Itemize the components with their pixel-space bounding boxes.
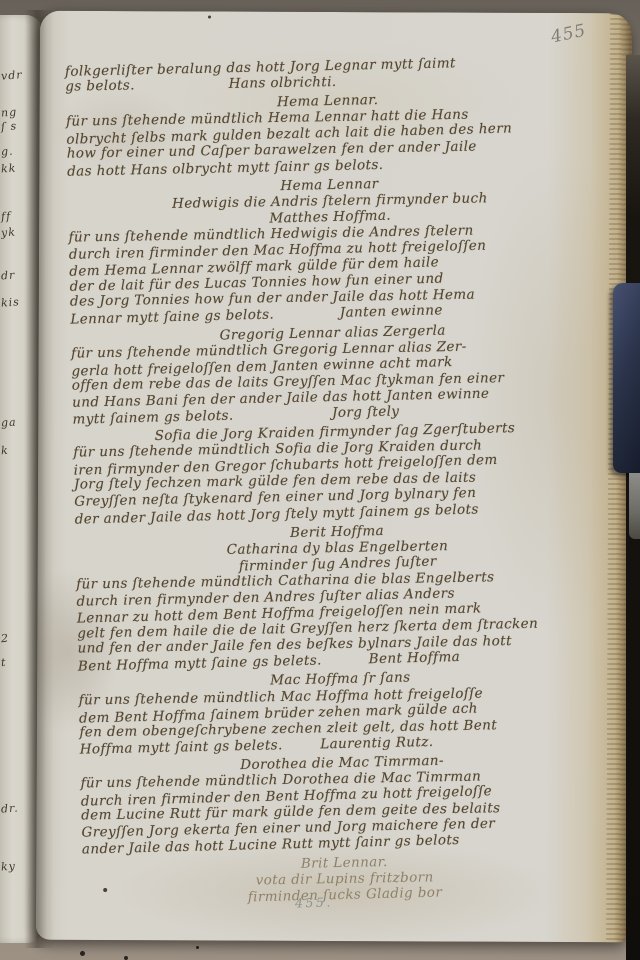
manuscript-entry: Berit HoffmaCatharina dy blas Engelberte… (75, 518, 602, 674)
manuscript-photo: vdrngſ sg.kkffykdrkisgak2tdr.ky folkgerl… (0, 0, 640, 960)
left-page-ink-fragment: ſ s (1, 120, 18, 132)
left-page-ink-fragment: k (1, 445, 9, 457)
left-page-ink-fragment: ng (1, 106, 18, 118)
left-page-ink-fragment: t (1, 657, 7, 668)
left-page-ink-fragment: g. (1, 146, 14, 158)
manuscript-entry: Mac Hoffma ſr ſansfür uns ſtehende mündt… (78, 666, 604, 758)
manuscript-entry: Brit Lennar.vota dir Lupins fritzbornfir… (82, 849, 607, 909)
table-speck (196, 946, 199, 949)
ink-speck (208, 15, 211, 18)
left-page-ink-fragment: kk (1, 162, 17, 174)
left-page-ink-fragment: 2 (1, 633, 10, 645)
manuscript-page: folkgerliſter beralung das hott Jorg Leg… (36, 11, 632, 943)
left-page-ink-fragment: vdr (1, 69, 23, 81)
gutter-shadow (24, 10, 54, 948)
table-speck (80, 951, 85, 956)
left-page-ink-fragment: ky (1, 860, 17, 872)
left-page-ink-fragment: dr (1, 270, 16, 282)
left-page-ink-fragment: ff (1, 211, 12, 223)
navy-bookmark (613, 283, 640, 473)
manuscript-entry: Dorothea die Mac Timrman-für uns ſtehend… (80, 749, 606, 857)
manuscript-entry: Hema LennarHedwigis die Andris ſtelern f… (67, 171, 594, 327)
page-edge-highlight (629, 473, 640, 539)
manuscript-text: folkgerliſter beralung das hott Jorg Leg… (65, 52, 607, 911)
manuscript-entry: Sofia die Jorg Kraiden firmynder ſag Zge… (73, 418, 599, 526)
folio-number-bottom: 455. (295, 894, 333, 910)
manuscript-entry: Hema Lennar.für uns ſtehende mündtlich H… (66, 88, 592, 180)
left-page-ink-fragment: dr. (1, 802, 19, 814)
left-page-ink-fragment: ga (1, 416, 17, 428)
manuscript-entry: Gregorig Lennar alias Zergerlafür uns ſt… (71, 319, 597, 427)
table-speck (124, 956, 128, 960)
ink-speck (103, 888, 107, 892)
left-page-ink-fragment: kis (1, 296, 21, 308)
left-page-ink-fragment: yk (1, 226, 17, 238)
